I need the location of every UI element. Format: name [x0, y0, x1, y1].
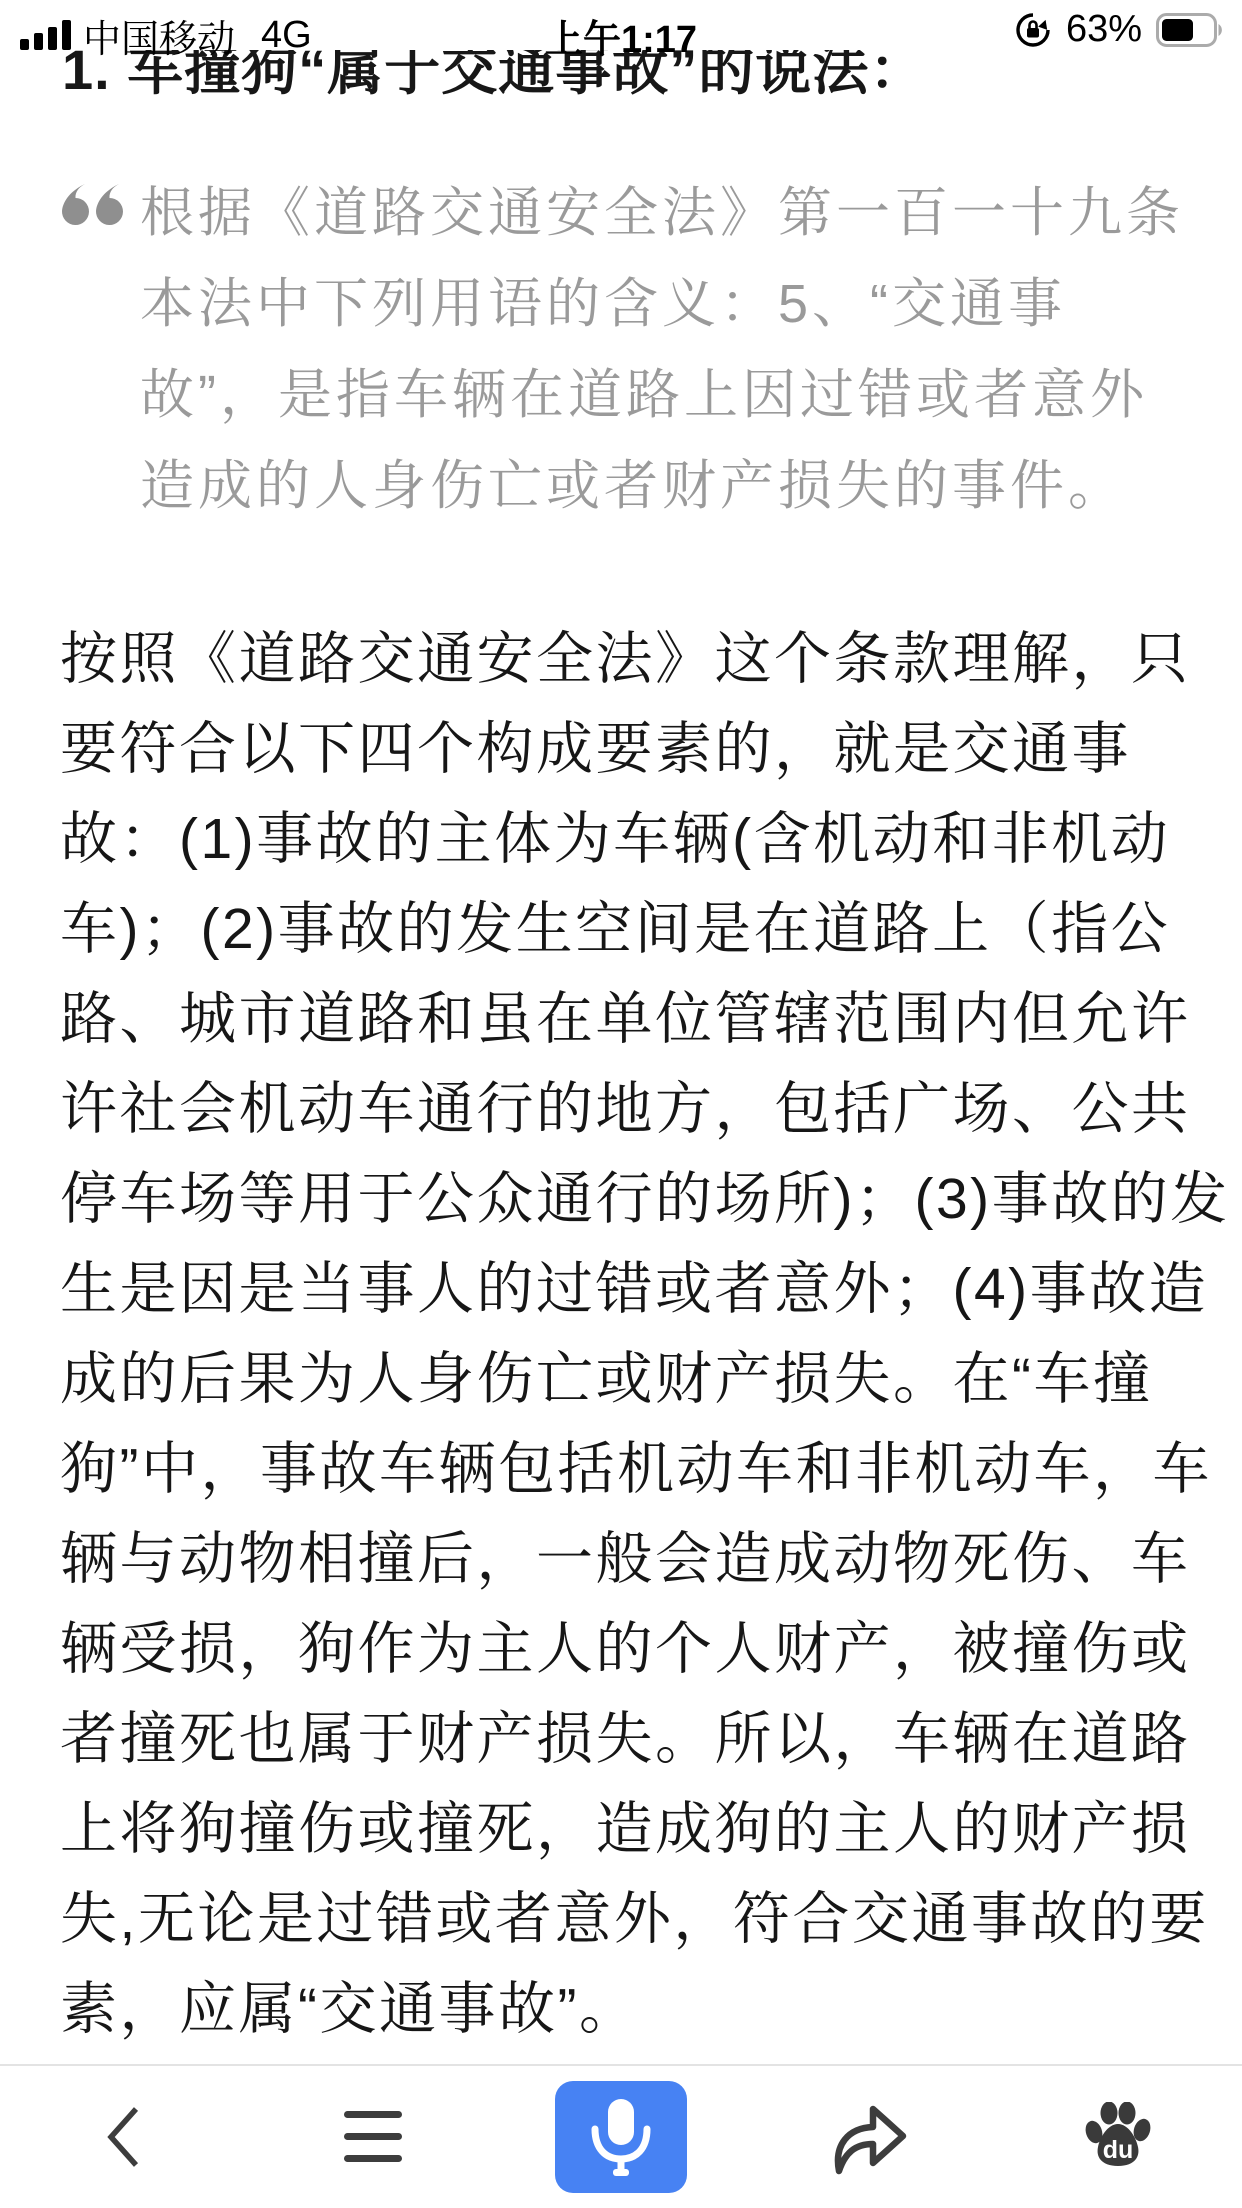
- quote-line: 根据《道路交通安全法》第一百一十九条: [140, 168, 1200, 259]
- body-text-line: 狗”中，事故车辆包括机动车和非机动车，车: [60, 1424, 1200, 1514]
- chevron-left-icon: [103, 2104, 145, 2170]
- body-text-line: 按照《道路交通安全法》这个条款理解，只: [60, 614, 1200, 704]
- status-bar: 中国移动 4G 上午1:17 63%: [0, 0, 1242, 50]
- voice-search-button-surface[interactable]: [555, 2081, 687, 2193]
- share-button[interactable]: [745, 2066, 993, 2208]
- body-text-line: 者撞死也属于财产损失。所以，车辆在道路: [60, 1694, 1200, 1784]
- body-text-line: 故：(1)事故的主体为车辆(含机动和非机动: [60, 794, 1200, 884]
- quote-marks-icon: [58, 182, 124, 232]
- battery-percent-label: 63%: [1066, 8, 1142, 51]
- body-text-line: 辆受损，狗作为主人的个人财产，被撞伤或: [60, 1604, 1200, 1694]
- body-text-line: 辆与动物相撞后，一般会造成动物死伤、车: [60, 1514, 1200, 1604]
- body-text-line: 车)；(2)事故的发生空间是在道路上（指公: [60, 884, 1200, 974]
- body-text-line: 成的后果为人身伤亡或财产损失。在“车撞: [60, 1334, 1200, 1424]
- body-text-line: 许社会机动车通行的地方，包括广场、公共: [60, 1064, 1200, 1154]
- baidu-paw-icon: du: [1085, 2102, 1151, 2172]
- rotation-lock-icon: [1014, 11, 1052, 49]
- bottom-toolbar: du: [0, 2064, 1242, 2208]
- article-body: 按照《道路交通安全法》这个条款理解，只 要符合以下四个构成要素的，就是交通事 故…: [60, 614, 1200, 2054]
- body-text-line: 失,无论是过错或者意外，符合交通事故的要: [60, 1874, 1200, 1964]
- voice-search-button[interactable]: [497, 2066, 745, 2208]
- quote-line: 故”，是指车辆在道路上因过错或者意外: [140, 350, 1200, 441]
- mobile-browser-screen: 中国移动 4G 上午1:17 63%: [0, 0, 1242, 2208]
- share-arrow-icon: [826, 2099, 912, 2175]
- baidu-logo-label: du: [1103, 2136, 1134, 2164]
- body-text-line: 素，应属“交通事故”。: [60, 1964, 1200, 2054]
- baidu-home-button[interactable]: du: [994, 2066, 1242, 2208]
- hamburger-menu-icon: [344, 2111, 402, 2163]
- menu-button[interactable]: [248, 2066, 496, 2208]
- body-text-line: 上将狗撞伤或撞死，造成狗的主人的财产损: [60, 1784, 1200, 1874]
- battery-icon: [1156, 13, 1224, 47]
- body-text-line: 停车场等用于公众通行的场所)；(3)事故的发: [60, 1154, 1200, 1244]
- quote-line: 造成的人身伤亡或者财产损失的事件。: [140, 441, 1200, 532]
- body-text-line: 生是因是当事人的过错或者意外；(4)事故造: [60, 1244, 1200, 1334]
- quote-line: 本法中下列用语的含义：5、“交通事: [140, 259, 1200, 350]
- body-text-line: 路、城市道路和虽在单位管辖范围内但允许: [60, 974, 1200, 1064]
- back-button[interactable]: [0, 2066, 248, 2208]
- quote-text: 根据《道路交通安全法》第一百一十九条 本法中下列用语的含义：5、“交通事 故”，…: [140, 168, 1200, 532]
- microphone-icon: [586, 2097, 656, 2177]
- status-right-group: 63%: [1014, 8, 1224, 51]
- body-text-line: 要符合以下四个构成要素的，就是交通事: [60, 704, 1200, 794]
